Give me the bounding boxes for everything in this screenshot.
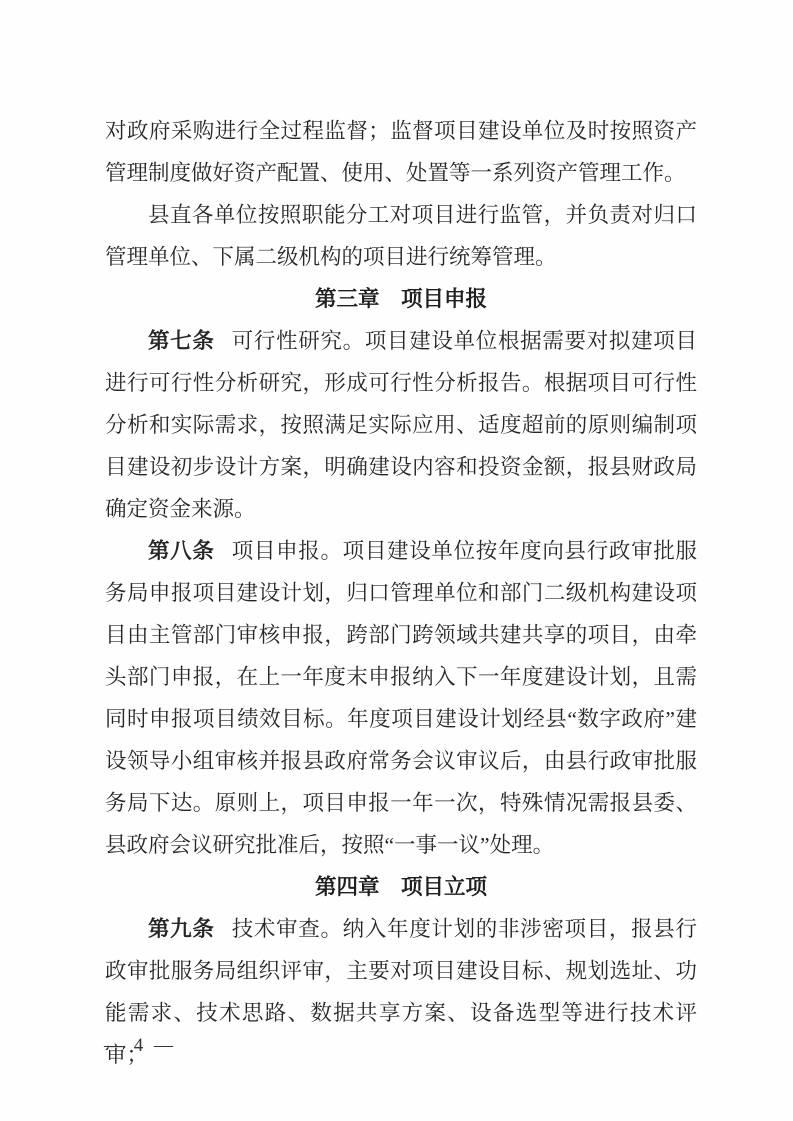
document-page: 对政府采购进行全过程监督；监督项目建设单位及时按照资产管理制度做好资产配置、使用… xyxy=(0,0,793,1121)
paragraph-article-8: 第八条项目申报。项目建设单位按年度向县行政审批服务局申报项目建设计划，归口管理单… xyxy=(105,530,697,866)
chapter-heading-3: 第三章 项目申报 xyxy=(105,278,697,320)
article-8-number: 第八条 xyxy=(148,539,215,563)
paragraph-asset-supervision: 对政府采购进行全过程监督；监督项目建设单位及时按照资产管理制度做好资产配置、使用… xyxy=(105,110,697,194)
paragraph-article-7: 第七条可行性研究。项目建设单位根据需要对拟建项目进行可行性分析研究，形成可行性分… xyxy=(105,320,697,530)
chapter-heading-4: 第四章 项目立项 xyxy=(105,866,697,908)
article-7-number: 第七条 xyxy=(148,329,215,353)
article-9-number: 第九条 xyxy=(148,917,215,941)
paragraph-article-9: 第九条技术审查。纳入年度计划的非涉密项目，报县行政审批服务局组织评审，主要对项目… xyxy=(105,908,697,1076)
article-8-text: 项目申报。项目建设单位按年度向县行政审批服务局申报项目建设计划，归口管理单位和部… xyxy=(105,539,697,857)
page-number: — 4 — xyxy=(104,1034,176,1058)
article-7-text: 可行性研究。项目建设单位根据需要对拟建项目进行可行性分析研究，形成可行性分析报告… xyxy=(105,329,697,521)
paragraph-county-units-supervision: 县直各单位按照职能分工对项目进行监管，并负责对归口管理单位、下属二级机构的项目进… xyxy=(105,194,697,278)
document-body: 对政府采购进行全过程监督；监督项目建设单位及时按照资产管理制度做好资产配置、使用… xyxy=(105,110,697,1076)
